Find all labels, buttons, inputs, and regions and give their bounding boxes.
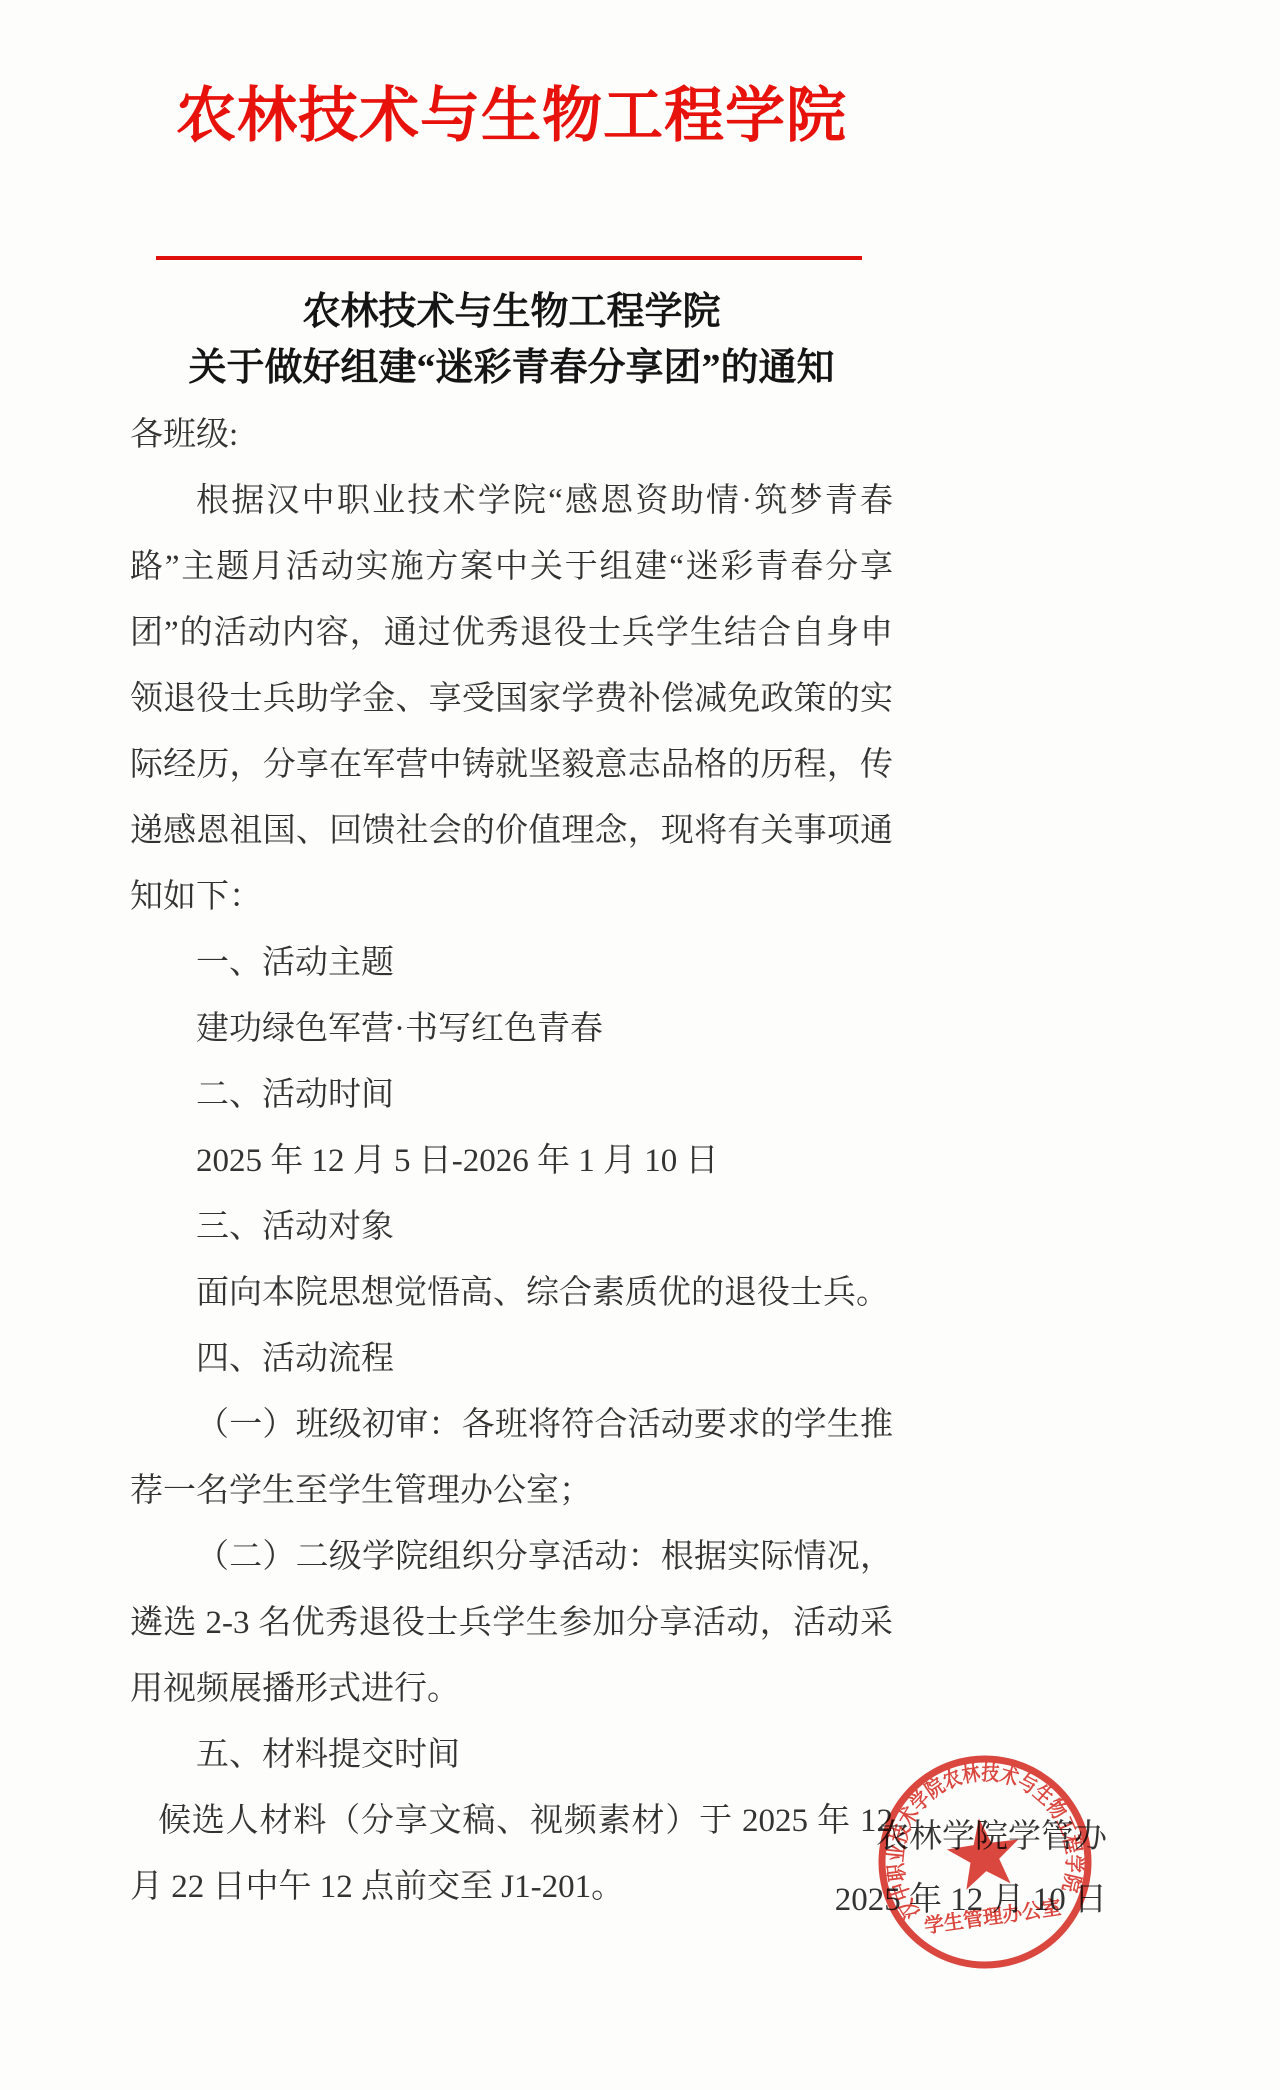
section-1-heading: 一、活动主题 (130, 930, 893, 996)
official-seal-stamp: 汉中职业技术学院农林技术与生物工程学院 学生管理办公室 (859, 1736, 1112, 1989)
salutation: 各班级: (130, 402, 893, 468)
section-2-paragraph: 2025 年 12 月 5 日-2026 年 1 月 10 日 (130, 1128, 893, 1194)
section-4-paragraph-1: （一）班级初审：各班将符合活动要求的学生推荐一名学生至学生管理办公室； (130, 1392, 893, 1524)
letterhead-divider (156, 256, 862, 260)
intro-paragraph: 根据汉中职业技术学院“感恩资助情·筑梦青春路”主题月活动实施方案中关于组建“迷彩… (130, 468, 893, 930)
notice-document-page: 农林技术与生物工程学院 农林技术与生物工程学院 关于做好组建“迷彩青春分享团”的… (0, 0, 1280, 2090)
seal-office-text: 学生管理办公室 (923, 1895, 1063, 1938)
section-2-heading: 二、活动时间 (130, 1062, 893, 1128)
notice-title: 农林技术与生物工程学院 关于做好组建“迷彩青春分享团”的通知 (130, 284, 893, 396)
section-4-paragraph-2: （二）二级学院组织分享活动：根据实际情况，遴选 2-3 名优秀退役士兵学生参加分… (130, 1524, 893, 1722)
section-3-heading: 三、活动对象 (130, 1194, 893, 1260)
section-5-heading: 五、材料提交时间 (130, 1722, 893, 1788)
section-4-heading: 四、活动流程 (130, 1326, 893, 1392)
notice-title-line1: 农林技术与生物工程学院 (130, 284, 893, 340)
section-1-paragraph: 建功绿色军营·书写红色青春 (130, 996, 893, 1062)
notice-body: 各班级: 根据汉中职业技术学院“感恩资助情·筑梦青春路”主题月活动实施方案中关于… (130, 402, 893, 1920)
letterhead-title: 农林技术与生物工程学院 (130, 70, 893, 162)
red-star-icon (943, 1813, 1024, 1891)
notice-title-line2: 关于做好组建“迷彩青春分享团”的通知 (130, 340, 893, 396)
section-5-paragraph: 候选人材料（分享文稿、视频素材）于 2025 年 12 月 22 日中午 12 … (130, 1788, 893, 1920)
section-3-paragraph: 面向本院思想觉悟高、综合素质优的退役士兵。 (130, 1260, 893, 1326)
